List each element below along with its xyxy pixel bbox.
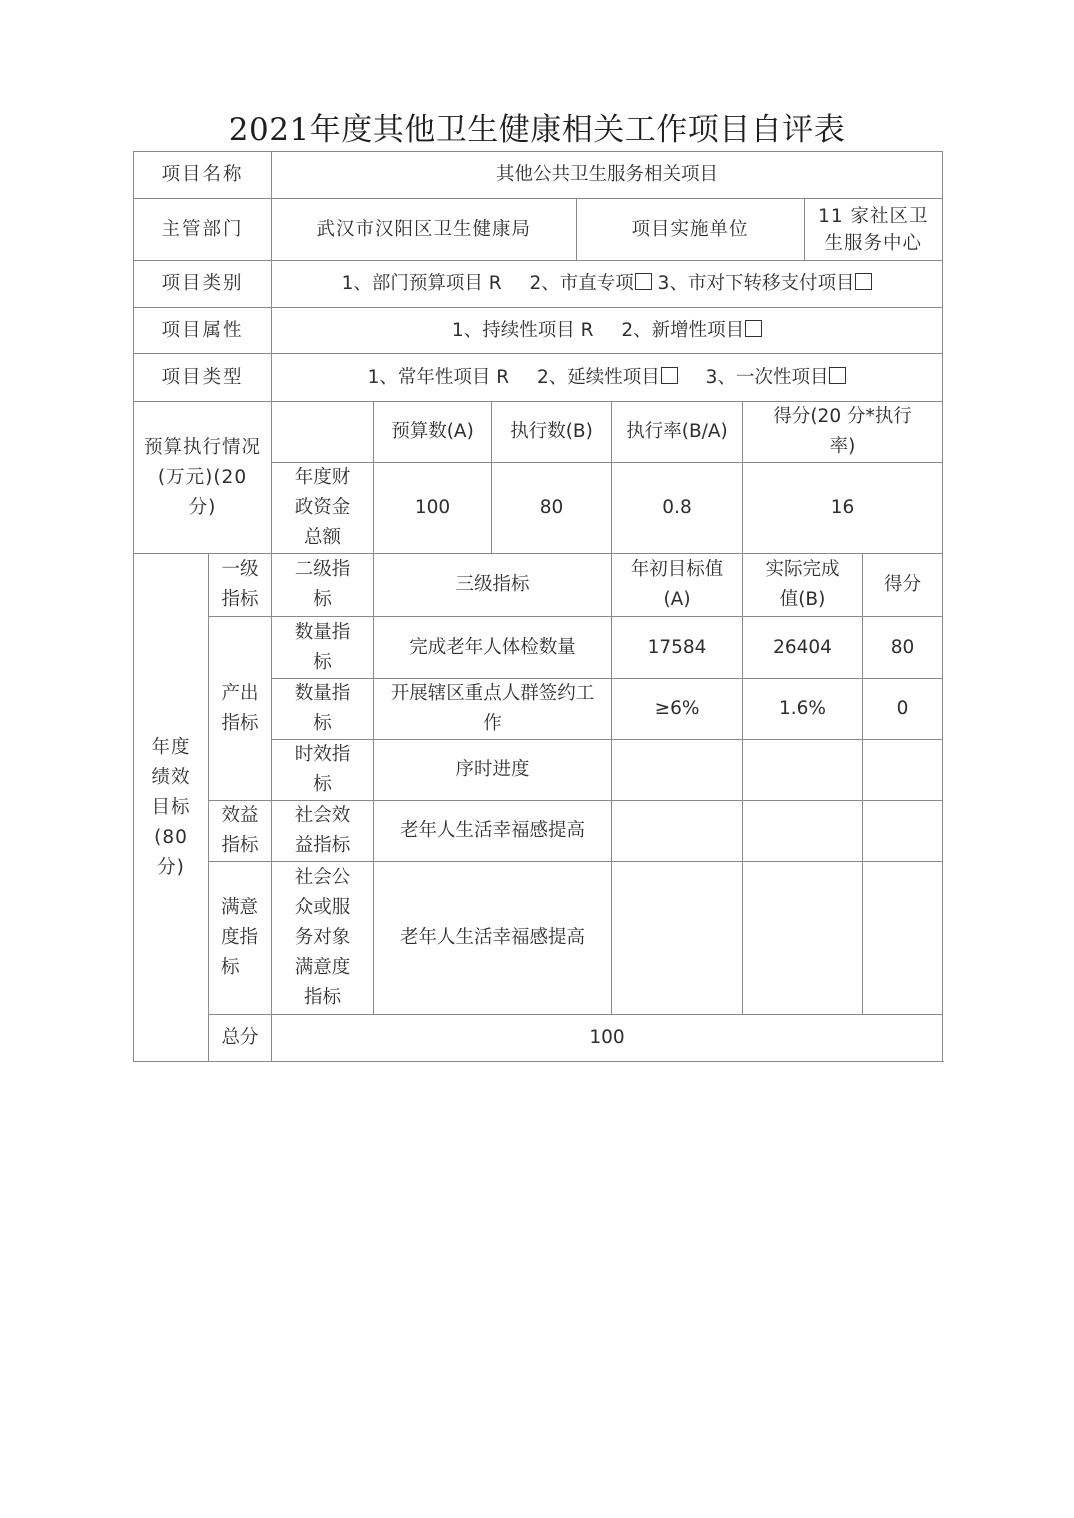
row-project-name: 项目名称 其他公共卫生服务相关项目 [134,152,943,199]
score-cell: 80 [863,617,943,679]
attribute-label: 项目属性 [134,308,272,354]
actual-cell [743,862,863,1015]
target-cell [612,862,743,1015]
level2-cell: 数量指标 [272,617,374,679]
document-title: 2021年度其他卫生健康相关工作项目自评表 [0,104,1074,149]
type-option-1[interactable]: 1、常年性项目 R [368,367,510,388]
category-options: 1、部门预算项目 R 2、市直专项 3、市对下转移支付项目 [272,261,943,308]
score-cell: 0 [863,679,943,740]
level2-cell: 社会效益指标 [272,801,374,862]
level2-cell: 时效指标 [272,740,374,801]
budget-header-score: 得分(20 分*执行率) [743,402,943,463]
budget-header-a: 预算数(A) [374,402,492,463]
score-cell [863,801,943,862]
budget-blank-header [272,402,374,463]
header-level3: 三级指标 [374,554,612,617]
implementing-unit-label: 项目实施单位 [576,199,804,260]
checked-mark-icon: R [581,320,594,341]
row-category: 项目类别 1、部门预算项目 R 2、市直专项 3、市对下转移支付项目 [134,261,943,308]
level3-cell: 老年人生活幸福感提高 [374,862,612,1015]
level3-cell: 序时进度 [374,740,612,801]
level2-cell: 数量指标 [272,679,374,740]
type-option-2[interactable]: 2、延续性项目 [537,367,678,388]
checkbox-empty-icon [661,367,678,384]
actual-cell [743,801,863,862]
attribute-option-1[interactable]: 1、持续性项目 R [452,320,594,341]
level3-cell: 完成老年人体检数量 [374,617,612,679]
score-cell [863,862,943,1015]
checked-mark-icon: R [489,273,502,294]
actual-cell: 26404 [743,617,863,679]
budget-section-label: 预算执行情况(万元)(20 分) [134,402,272,554]
type-option-3[interactable]: 3、一次性项目 [706,367,847,388]
budget-value-score: 16 [743,463,943,554]
row-total: 总分 100 [134,1015,943,1062]
header-score: 得分 [863,554,943,617]
row-department: 主管部门 武汉市汉阳区卫生健康局 项目实施单位 11 家社区卫生服务中心 [134,199,943,261]
category-label: 项目类别 [134,261,272,308]
department-label: 主管部门 [134,199,272,261]
implementing-unit-value: 11 家社区卫生服务中心 [804,199,942,260]
category-option-3[interactable]: 3、市对下转移支付项目 [658,273,873,294]
table-row: 产出指标 数量指标 完成老年人体检数量 17584 26404 80 [134,617,943,679]
attribute-options: 1、持续性项目 R 2、新增性项目 [272,308,943,354]
level3-cell: 老年人生活幸福感提高 [374,801,612,862]
attribute-option-2[interactable]: 2、新增性项目 [621,320,762,341]
department-value: 武汉市汉阳区卫生健康局 [272,199,576,260]
type-label: 项目类型 [134,354,272,402]
budget-header-rate: 执行率(B/A) [612,402,743,463]
table-row: 满意度指标 社会公众或服务对象满意度指标 老年人生活幸福感提高 [134,862,943,1015]
row-attribute: 项目属性 1、持续性项目 R 2、新增性项目 [134,308,943,354]
actual-cell [743,740,863,801]
target-cell [612,801,743,862]
row-type: 项目类型 1、常年性项目 R 2、延续性项目 3、一次性项目 [134,354,943,402]
table-row: 效益指标 社会效益指标 老年人生活幸福感提高 [134,801,943,862]
level2-cell: 社会公众或服务对象满意度指标 [272,862,374,1015]
row-budget-header: 预算执行情况(万元)(20 分) 预算数(A) 执行数(B) 执行率(B/A) … [134,402,943,463]
header-target: 年初目标值(A) [612,554,743,617]
budget-row-label: 年度财政资金总额 [272,463,374,554]
project-name-value: 其他公共卫生服务相关项目 [272,152,943,199]
type-options: 1、常年性项目 R 2、延续性项目 3、一次性项目 [272,354,943,402]
budget-header-b: 执行数(B) [492,402,612,463]
checkbox-empty-icon [829,367,846,384]
header-actual: 实际完成值(B) [743,554,863,617]
target-cell: 17584 [612,617,743,679]
level1-benefit: 效益指标 [209,801,272,862]
target-cell [612,740,743,801]
score-cell [863,740,943,801]
total-value: 100 [272,1015,943,1062]
budget-value-rate: 0.8 [612,463,743,554]
department-subtable: 武汉市汉阳区卫生健康局 项目实施单位 11 家社区卫生服务中心 [272,199,942,260]
performance-section-label: 年度绩效目标(80分) [134,554,209,1062]
checkbox-empty-icon [745,320,762,337]
level1-output: 产出指标 [209,617,272,801]
category-option-1[interactable]: 1、部门预算项目 R [342,273,502,294]
budget-value-a: 100 [374,463,492,554]
checkbox-empty-icon [635,273,652,290]
total-label: 总分 [209,1015,272,1062]
row-performance-header: 年度绩效目标(80分) 一级指标 二级指标 三级指标 年初目标值(A) 实际完成… [134,554,943,617]
checkbox-empty-icon [855,273,872,290]
category-option-2[interactable]: 2、市直专项 [530,273,652,294]
actual-cell: 1.6% [743,679,863,740]
project-name-label: 项目名称 [134,152,272,199]
target-cell: ≥6% [612,679,743,740]
checked-mark-icon: R [496,367,509,388]
level1-satisfaction: 满意度指标 [209,862,272,1015]
header-level2: 二级指标 [272,554,374,617]
level3-cell: 开展辖区重点人群签约工作 [374,679,612,740]
budget-value-b: 80 [492,463,612,554]
self-evaluation-table: 项目名称 其他公共卫生服务相关项目 主管部门 武汉市汉阳区卫生健康局 项目实施单… [133,151,943,1062]
header-level1: 一级指标 [209,554,272,617]
